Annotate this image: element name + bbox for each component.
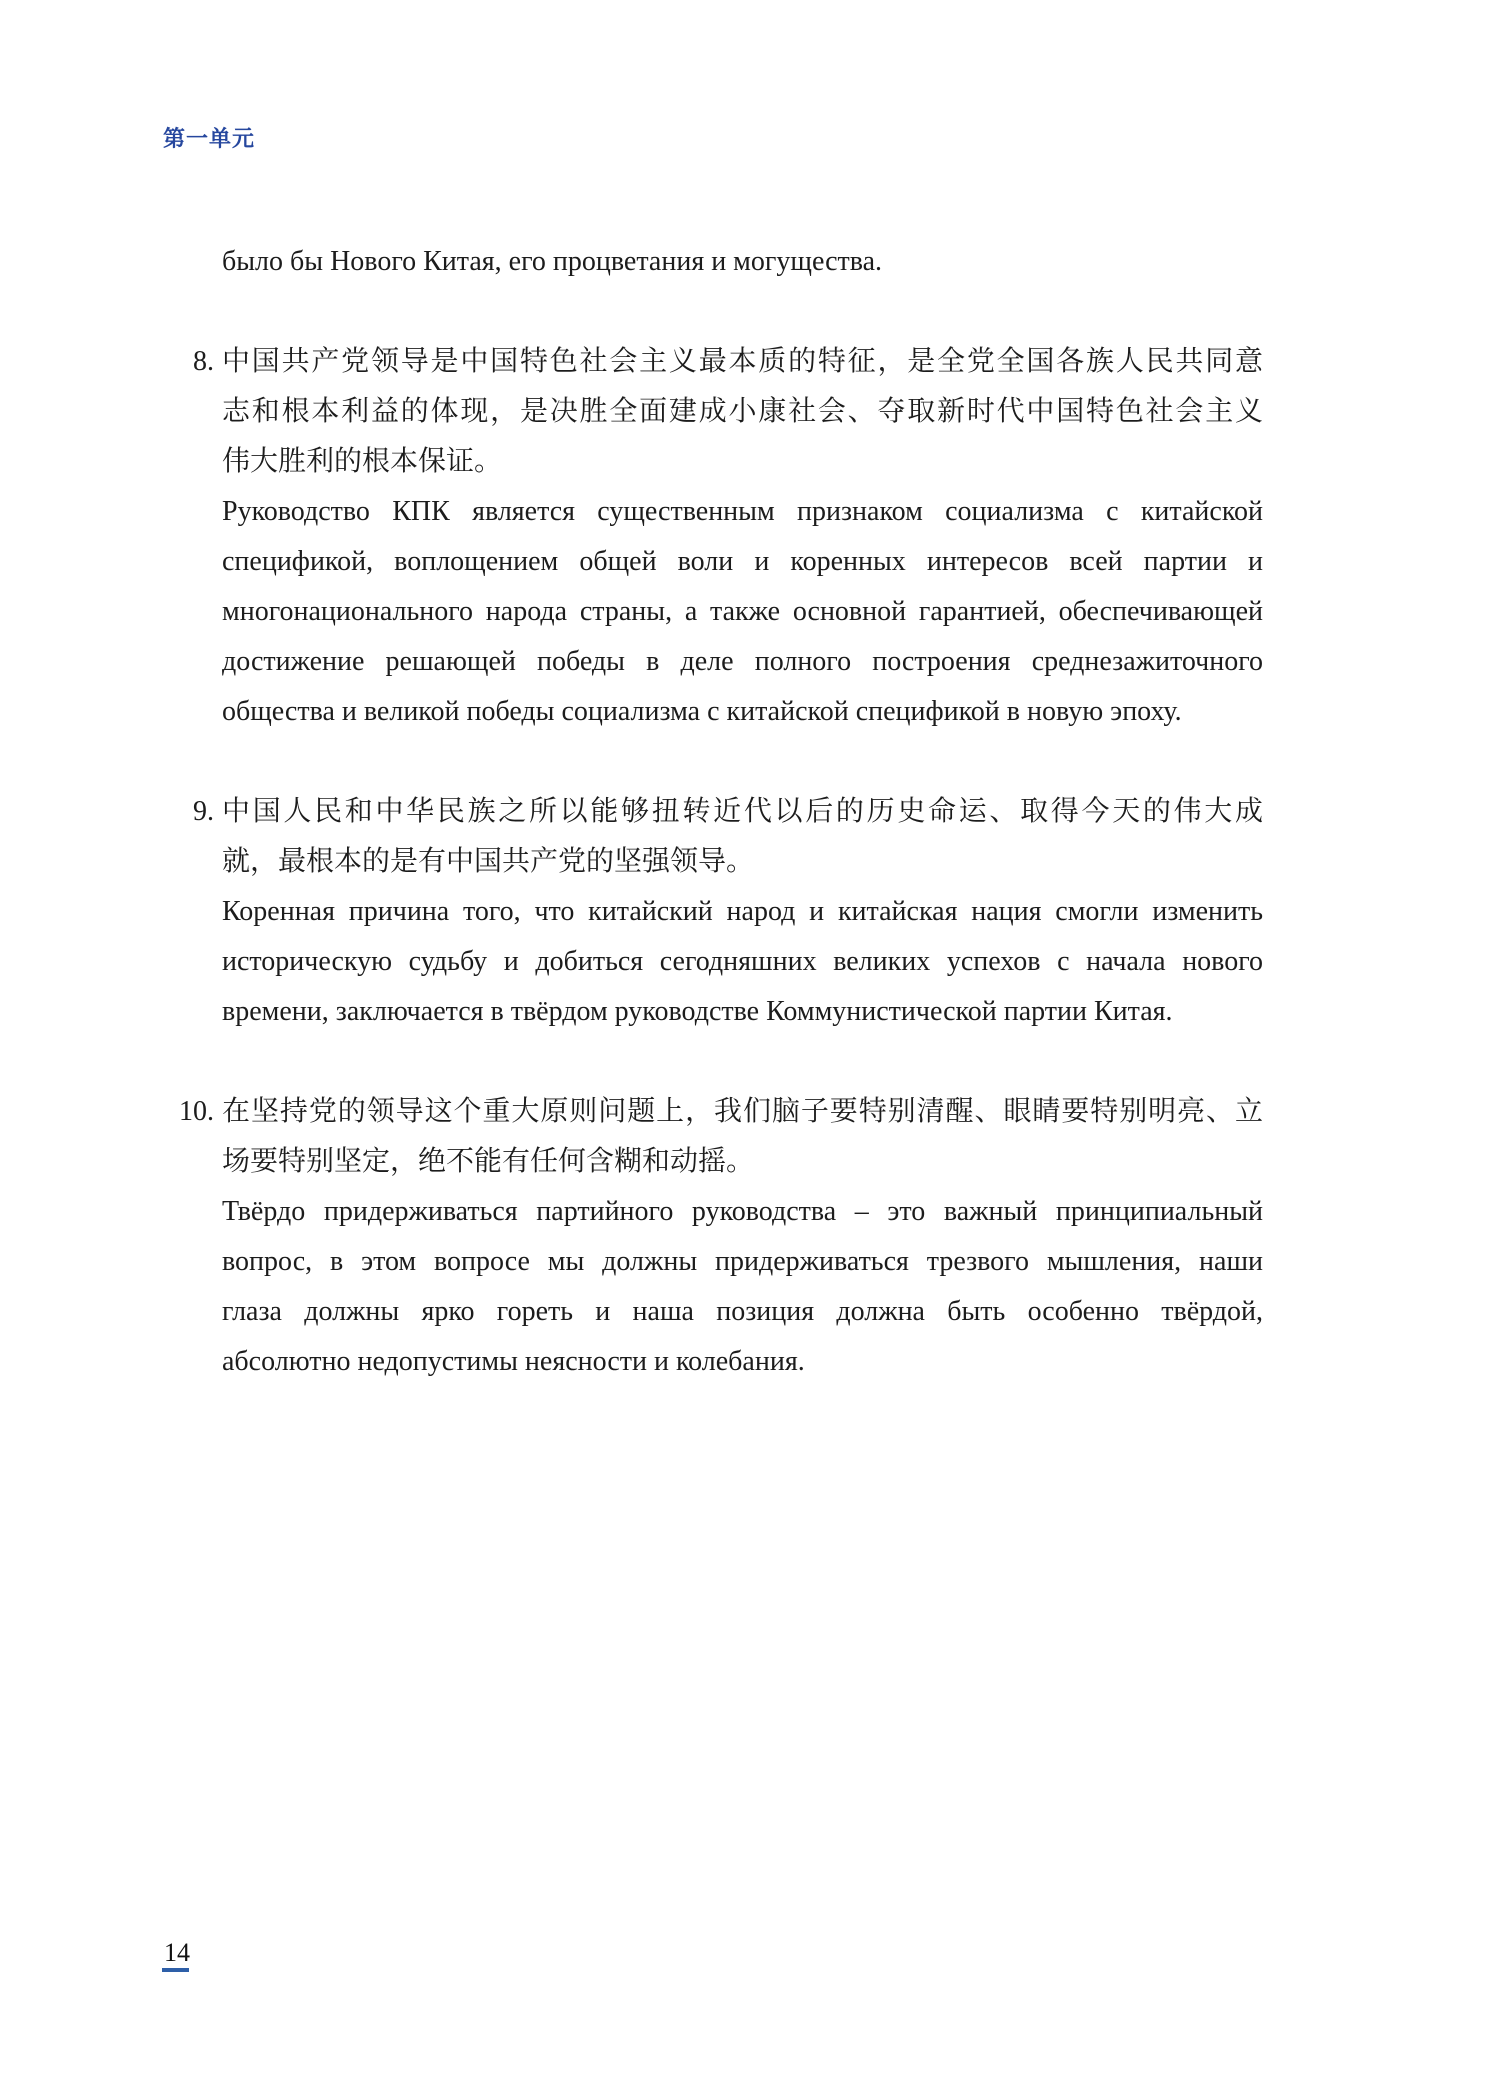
text-line-ru: многонационального народа страны, а такж… — [222, 587, 1263, 637]
text-line-zh: 场要特别坚定，绝不能有任何含糊和动摇。 — [222, 1137, 1263, 1187]
item-number: 9. — [162, 787, 214, 837]
text-line-ru: общества и великой победы социализма с к… — [222, 687, 1263, 737]
page-number: 14 — [164, 1938, 190, 1968]
numbered-item: 10.在坚持党的领导这个重大原则问题上，我们脑子要特别清醒、眼睛要特别明亮、立场… — [222, 1087, 1263, 1387]
text-line-zh: 中国共产党领导是中国特色社会主义最本质的特征，是全党全国各族人民共同意 — [222, 337, 1263, 387]
text-line-ru: вопрос, в этом вопросе мы должны придерж… — [222, 1237, 1263, 1287]
text-content: было бы Нового Китая, его процветания и … — [222, 237, 1263, 1387]
item-number: 10. — [162, 1087, 214, 1137]
page-number-rule — [162, 1968, 189, 1972]
text-line-ru: Твёрдо придерживаться партийного руковод… — [222, 1187, 1263, 1237]
text-line-ru: глаза должны ярко гореть и наша позиция … — [222, 1287, 1263, 1337]
text-line-zh: 在坚持党的领导这个重大原则问题上，我们脑子要特别清醒、眼睛要特别明亮、立 — [222, 1087, 1263, 1137]
text-line-ru: времени, заключается в твёрдом руководст… — [222, 987, 1263, 1037]
numbered-item: 8.中国共产党领导是中国特色社会主义最本质的特征，是全党全国各族人民共同意志和根… — [222, 337, 1263, 737]
text-line-zh: 志和根本利益的体现，是决胜全面建成小康社会、夺取新时代中国特色社会主义 — [222, 387, 1263, 437]
continuation-paragraph: было бы Нового Китая, его процветания и … — [222, 237, 1263, 287]
text-line-ru: абсолютно недопустимы неясности и колеба… — [222, 1337, 1263, 1387]
text-line-zh: 伟大胜利的根本保证。 — [222, 437, 1263, 487]
book-page: { "colors": { "accent-blue": "#26479e", … — [0, 0, 1491, 2087]
text-line-zh: 就，最根本的是有中国共产党的坚强领导。 — [222, 837, 1263, 887]
text-line-ru: Руководство КПК является существенным пр… — [222, 487, 1263, 537]
numbered-item: 9.中国人民和中华民族之所以能够扭转近代以后的历史命运、取得今天的伟大成就，最根… — [222, 787, 1263, 1037]
text-line-ru: историческую судьбу и добиться сегодняшн… — [222, 937, 1263, 987]
unit-header: 第一单元 — [163, 122, 255, 153]
text-line-ru: достижение решающей победы в деле полног… — [222, 637, 1263, 687]
text-line-ru: было бы Нового Китая, его процветания и … — [222, 237, 1263, 287]
text-line-ru: спецификой, воплощением общей воли и кор… — [222, 537, 1263, 587]
item-number: 8. — [162, 337, 214, 387]
text-line-ru: Коренная причина того, что китайский нар… — [222, 887, 1263, 937]
text-line-zh: 中国人民和中华民族之所以能够扭转近代以后的历史命运、取得今天的伟大成 — [222, 787, 1263, 837]
